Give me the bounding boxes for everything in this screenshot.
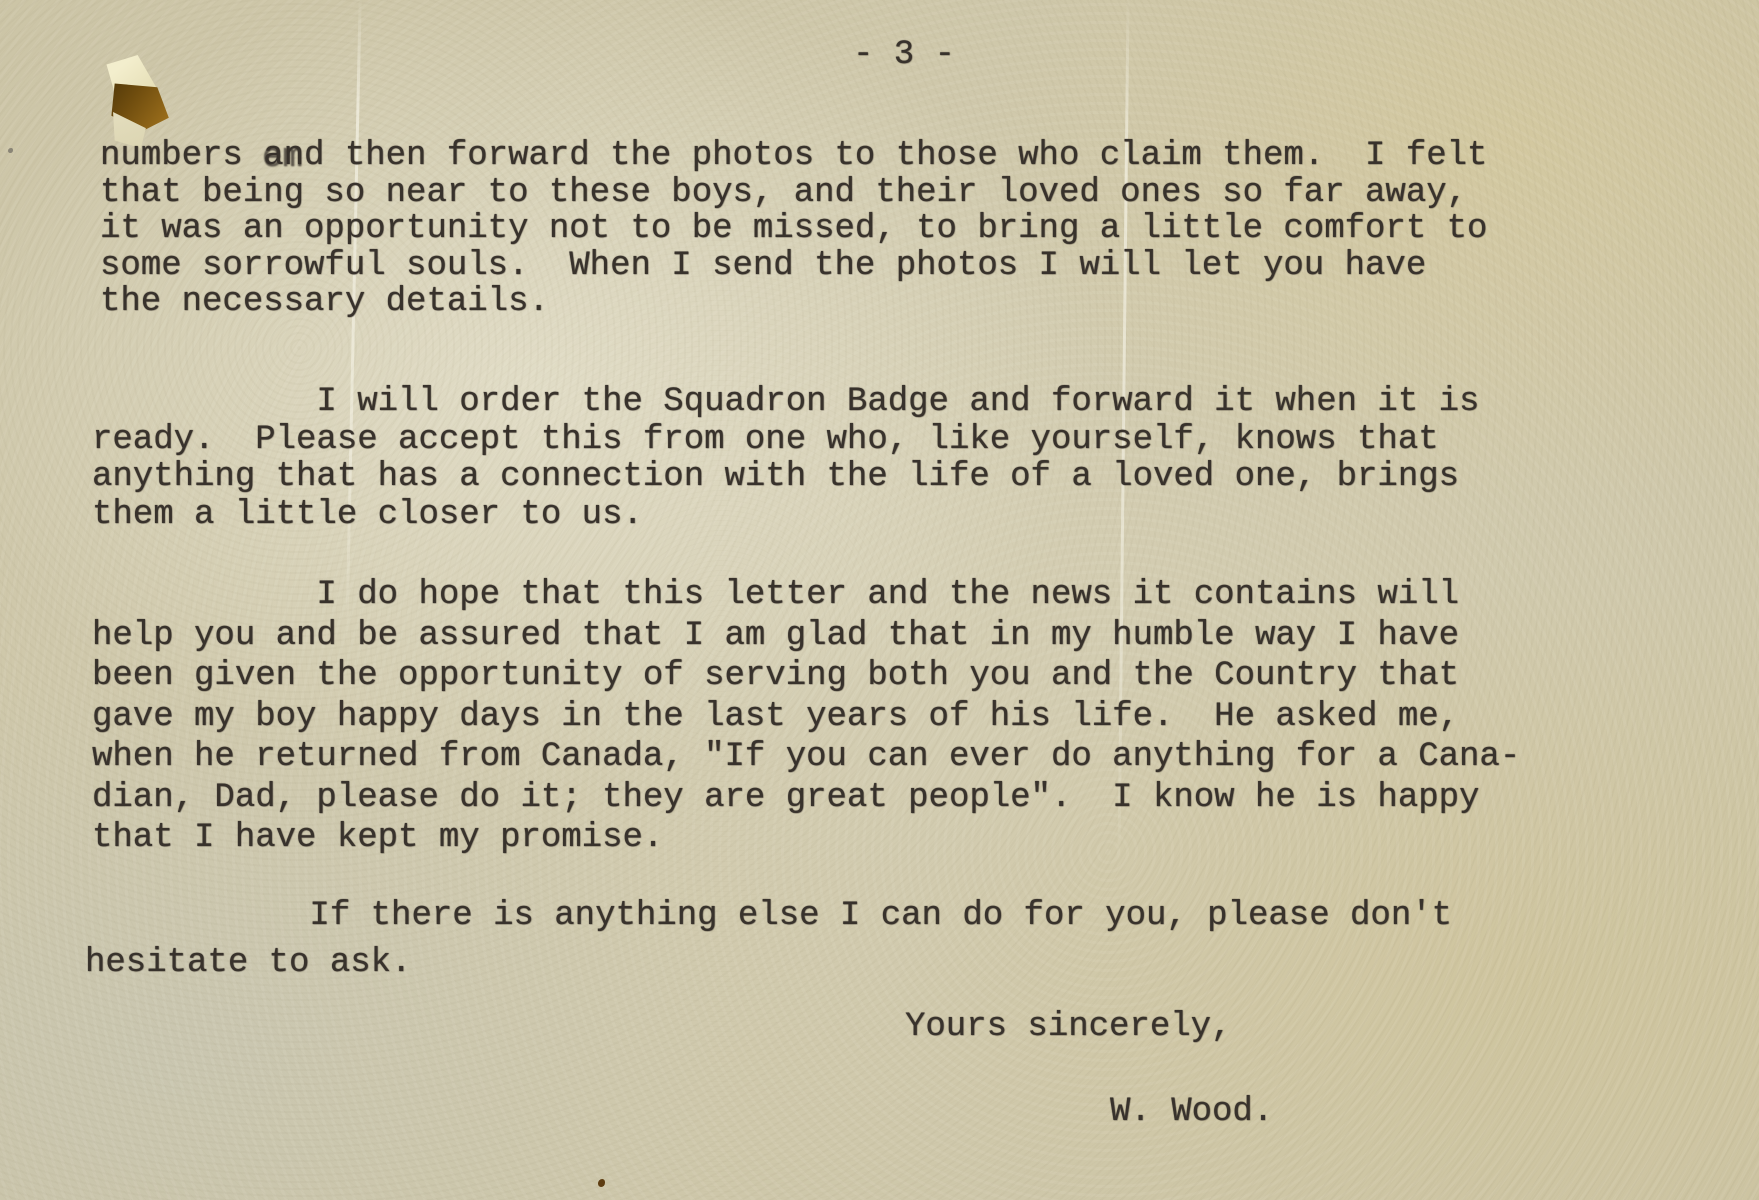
letter-paragraph-3: I do hope that this letter and the news … [92,575,1520,859]
letter-paragraph-4: If there is anything else I can do for y… [85,893,1452,987]
signature: W. Wood. [1110,1093,1273,1131]
paper-hole [95,55,177,150]
closing-salutation: Yours sincerely, [905,1008,1231,1046]
overstrike-mark: em [262,139,303,177]
page-number: - 3 - [853,36,955,74]
ink-speck-bottom [598,1179,605,1187]
letter-paragraph-2: I will order the Squadron Badge and forw… [92,384,1479,534]
letter-page: - 3 - numbers and then forward the photo… [0,0,1759,1200]
letter-paragraph-1: numbers and then forward the photos to t… [100,138,1487,321]
ink-speck-left [8,148,13,153]
